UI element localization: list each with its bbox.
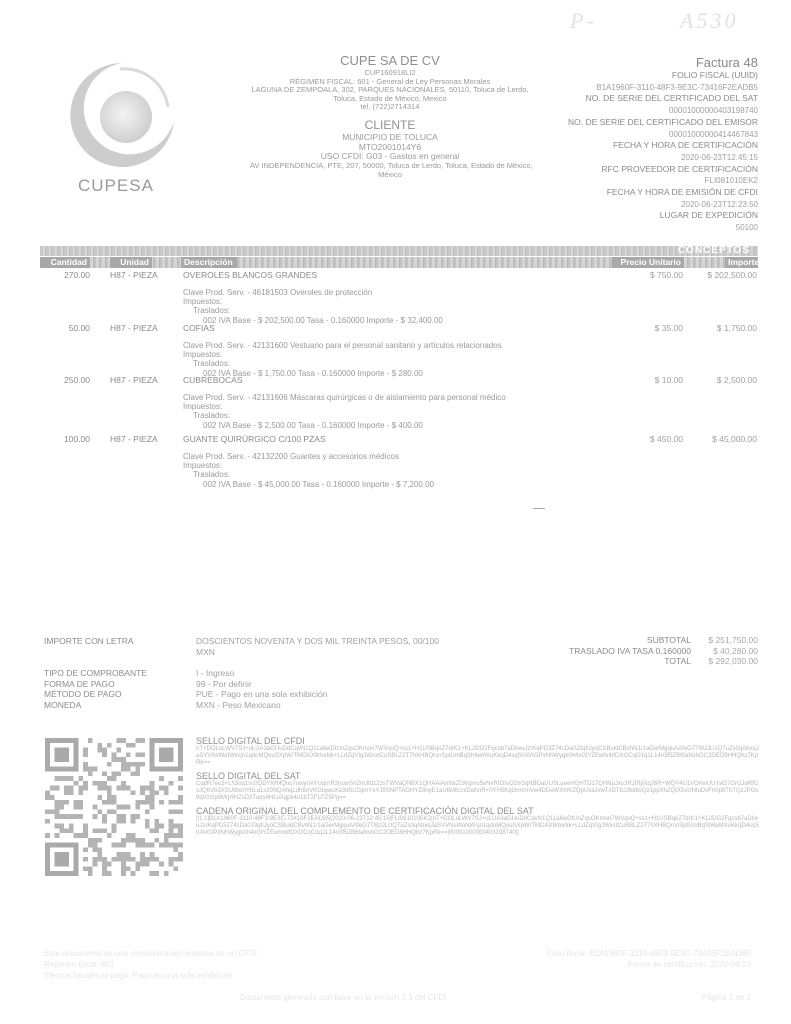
concepto-descripcion: CUBREBOCAS [183,375,243,385]
cupesa-swirl-logo-icon [62,55,182,175]
concepto-traslados: Traslados: [183,470,434,479]
factura-field-label: RFC PROVEEDOR DE CERTIFICACIÓN [568,164,758,176]
concepto-impuestos: Impuestos: [183,297,443,306]
total-label: TRASLADO IVA TASA 0.160000 [569,646,691,657]
concepto-importe: $ 2,500.00 [690,375,757,385]
concepto-unidad: H87 - PIEZA [110,270,158,280]
qr-code-icon [45,738,183,876]
resumen-value: PUE - Pago en una sola exhibición [196,689,327,700]
concepto-precio: $ 450.00 [580,434,683,444]
concepto-traslados: Traslados: [183,411,506,420]
factura-info: Factura 48 FOLIO FISCAL (UUID)B1A1960F-3… [568,56,758,234]
concepto-detalle: Clave Prod. Serv. - 42132200 Guantes y a… [183,452,434,489]
resumen-label: FORMA DE PAGO [44,679,115,690]
concepto-clave: Clave Prod. Serv. - 42131606 Máscaras qu… [183,393,506,402]
cliente-heading: CLIENTE [250,119,530,133]
importe-letra-label: IMPORTE CON LETRA [44,636,134,647]
conceptos-band: CONCEPTOS [40,246,758,256]
factura-field-value: 2020-06-23T12:23:50 [568,199,758,211]
total-value: $ 40,280.00 [708,646,758,657]
footer-left: Este documento es una representación imp… [44,948,257,981]
company-logo-text: CUPESA [78,176,154,196]
factura-field-label: LUGAR DE EXPEDICIÓN [568,210,758,222]
importe-letra-value: DOSCIENTOS NOVENTA Y DOS MIL TREINTA PES… [196,636,439,657]
footer-left-line-1: Este documento es una representación imp… [44,948,257,959]
sellos-block: SELLO DIGITAL DEL CFDI nT+DOLuLWV7SJ+uLU… [196,736,761,837]
footer-center: Documento generado con base en la versió… [240,992,446,1003]
header-descripcion: Descripción [181,257,237,268]
factura-field-value: 50100 [568,222,758,234]
importe-letra-line-2: MXN [196,647,439,658]
scan-mark [533,508,545,509]
cadena-original-value: ||1.1|B1A1960F-3110-48F3-9E3C-73416F2EAD… [196,816,761,837]
concepto-iva: 002 IVA Base - $ 2,500.00 Tasa - 0.16000… [183,421,506,430]
concepto-importe: $ 45,000.00 [690,434,757,444]
resumen-value: MXN - Peso Mexicano [196,700,281,711]
factura-title: Factura 48 [568,56,758,70]
conceptos-label: CONCEPTOS [678,245,750,256]
concepto-traslados: Traslados: [183,306,443,315]
concepto-impuestos: Impuestos: [183,402,506,411]
sello-cfdi-label: SELLO DIGITAL DEL CFDI [196,736,761,746]
header-unidad: Unidad [110,257,152,268]
concepto-precio: $ 750.00 [580,270,683,280]
concepto-unidad: H87 - PIEZA [110,323,158,333]
concepto-precio: $ 35.00 [580,323,683,333]
conceptos-header: Cantidad Unidad Descripción Precio Unita… [40,257,758,268]
resumen-label: MÉTODO DE PAGO [44,689,122,700]
concepto-importe: $ 1,750.00 [690,323,757,333]
concepto-iva: 002 IVA Base - $ 202,500.00 Tasa - 0.160… [183,316,443,325]
handwritten-note-left: P- [570,8,597,34]
header-precio-unitario: Precio Unitario [612,257,684,268]
concepto-descripcion: GUANTE QUIRÚRGICO C/100 PZAS [183,434,326,444]
sello-cfdi-value: nT+DOLuLWV7SJ+uLUA3aGUuDdCqvN1Q11a6wDtUn… [196,746,761,767]
concepto-iva: 002 IVA Base - $ 45,000.00 Tasa - 0.1600… [183,480,434,489]
header-cantidad: Cantidad [40,257,90,268]
factura-field-label: NO. DE SERIE DEL CERTIFICADO DEL EMISOR [568,117,758,129]
concepto-traslados: Traslados: [183,359,502,368]
concepto-descripcion: COFIAS [183,323,215,333]
factura-field-value: FLI081010EK2 [568,175,758,187]
factura-field-value: 00001000000403198740 [568,105,758,117]
resumen-label: MONEDA [44,700,81,711]
footer-right: Folio fiscal: B1A1960F-3110-48F3-9E3C-73… [547,948,751,970]
cliente-block: CLIENTE MUNICIPIO DE TOLUCA MTO2001014Y6… [250,119,530,179]
concepto-impuestos: Impuestos: [183,461,434,470]
resumen-label: TIPO DE COMPROBANTE [44,668,147,679]
resumen-value: I - Ingreso [196,668,234,679]
factura-field-label: FECHA Y HORA DE CERTIFICACIÓN [568,140,758,152]
concepto-unidad: H87 - PIEZA [110,375,158,385]
concepto-cantidad: 250.00 [40,375,90,385]
importe-letra-line-1: DOSCIENTOS NOVENTA Y DOS MIL TREINTA PES… [196,636,439,647]
concepto-unidad: H87 - PIEZA [110,434,158,444]
sello-sat-label: SELLO DIGITAL DEL SAT [196,771,761,781]
concepto-clave: Clave Prod. Serv. - 42132200 Guantes y a… [183,452,434,461]
header-importe: Importe [725,257,758,268]
concepto-precio: $ 10.00 [580,375,683,385]
cliente-address-2: México [250,171,530,180]
factura-field-label: FOLIO FISCAL (UUID) [568,70,758,82]
concepto-clave: Clave Prod. Serv. - 42131600 Vestuario p… [183,341,502,350]
page-number: Página 1 de 1 [702,992,751,1003]
resumen-value: 99 - Por definir [196,679,252,690]
emisor-name: CUPE SA DE CV [250,54,530,69]
footer-left-line-3: Efectos fiscales al pago: Pago en una so… [44,970,257,981]
concepto-detalle: Clave Prod. Serv. - 42131606 Máscaras qu… [183,393,506,430]
factura-field-value: 00001000000414467843 [568,129,758,141]
handwritten-note-right: A530 [680,8,738,34]
factura-field-label: NO. DE SERIE DEL CERTIFICADO DEL SAT [568,93,758,105]
concepto-importe: $ 202,500.00 [690,270,757,280]
concepto-cantidad: 100.00 [40,434,90,444]
total-label: TOTAL [569,656,691,667]
concepto-detalle: Clave Prod. Serv. - 46181503 Overoles de… [183,288,443,325]
footer-right-line-2: Fecha de certificación: 2020-06-23 [547,959,751,970]
total-value: $ 251,750.00 [708,635,758,646]
factura-field-value: B1A1960F-3110-48F3-9E3C-73416F2EADB5 [568,82,758,94]
footer-left-line-2: Régimen fiscal: 601 [44,959,257,970]
total-label: SUBTOTAL [569,635,691,646]
concepto-detalle: Clave Prod. Serv. - 42131600 Vestuario p… [183,341,502,378]
emisor-block: CUPE SA DE CV CUP160918LI2 RÉGIMEN FISCA… [250,54,530,112]
factura-field-value: 2020-06-23T12:45:15 [568,152,758,164]
concepto-impuestos: Impuestos: [183,350,502,359]
emisor-phone: tel. (722)2714314 [250,103,530,112]
sello-sat-value: CqdR7eu3+Lh3oq1sc0QDYWMQuo7uwyoAYUqrnR3n… [196,781,761,802]
concepto-clave: Clave Prod. Serv. - 46181503 Overoles de… [183,288,443,297]
concepto-cantidad: 50.00 [40,323,90,333]
factura-field-label: FECHA Y HORA DE EMISIÓN DE CFDI [568,187,758,199]
footer-right-line-1: Folio fiscal: B1A1960F-3110-48F3-9E3C-73… [547,948,751,959]
concepto-cantidad: 270.00 [40,270,90,280]
concepto-descripcion: OVEROLES BLANCOS GRANDES [183,270,317,280]
total-value: $ 292,030.00 [708,656,758,667]
cadena-original-label: CADENA ORIGINAL DEL COMPLEMENTO DE CERTI… [196,806,761,816]
